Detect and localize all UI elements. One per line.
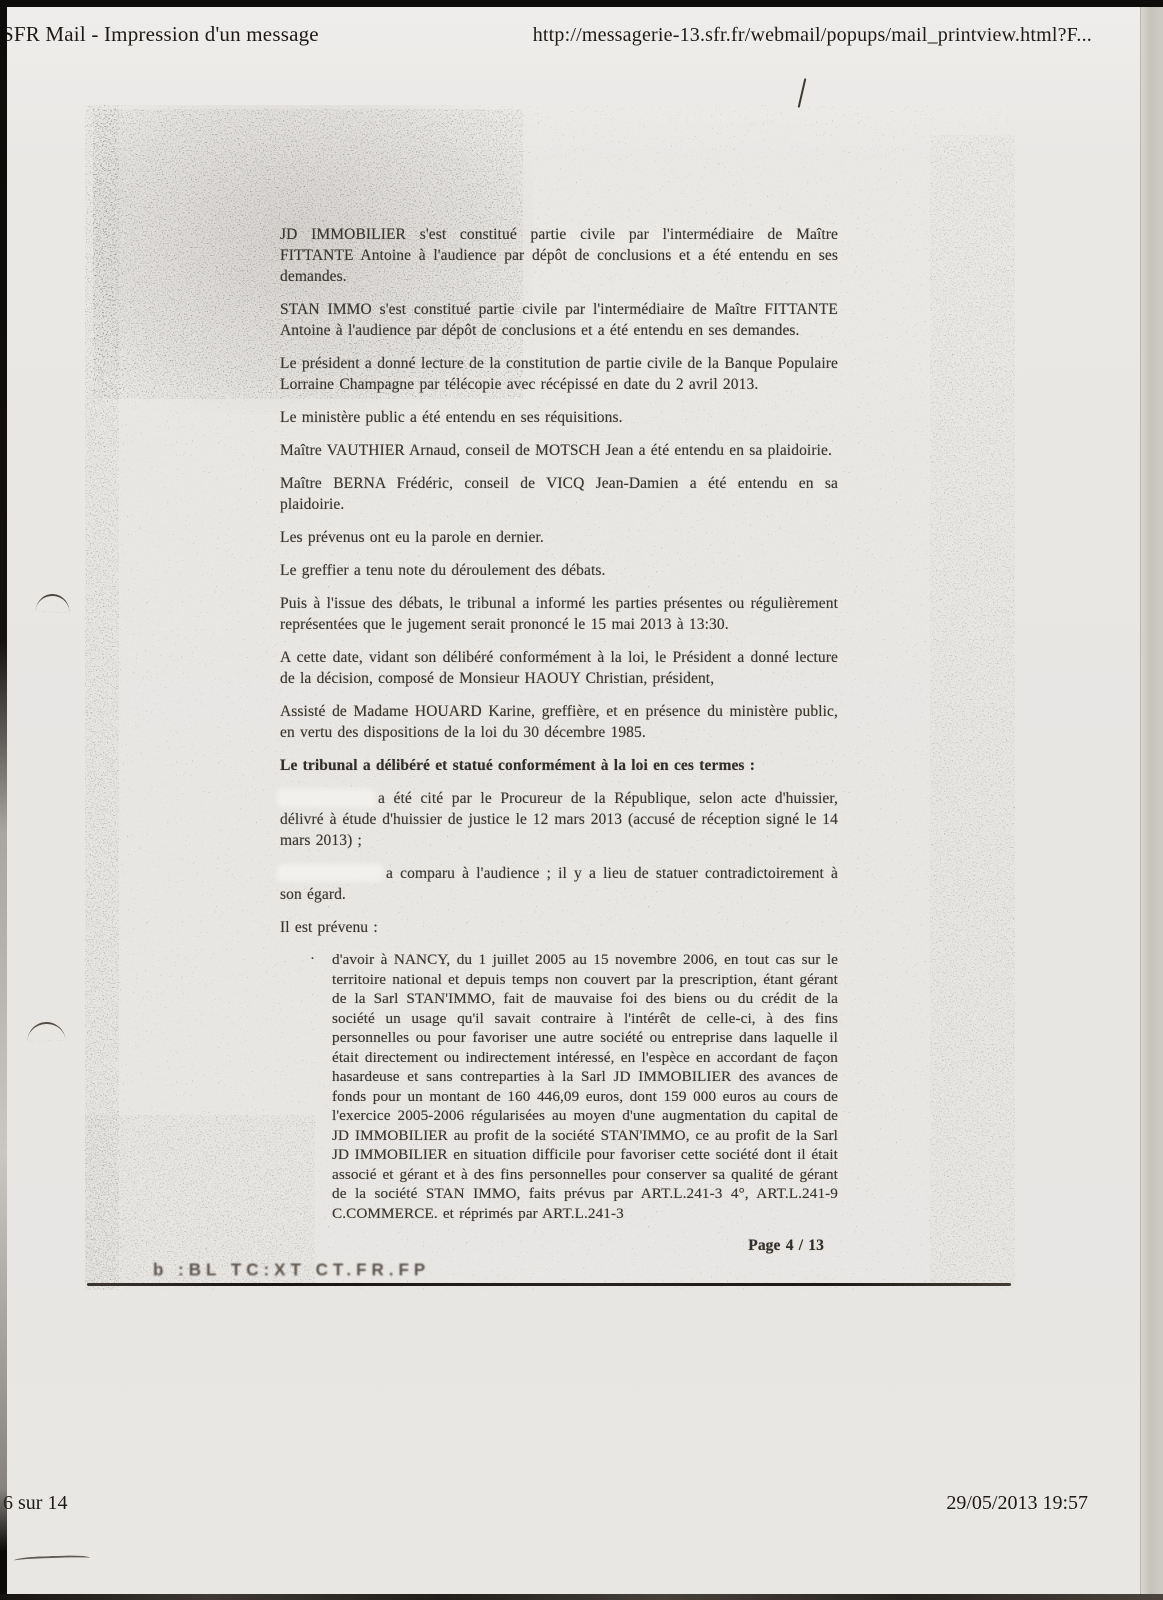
- appearance-paragraph: a comparu à l'audience ; il y a lieu de …: [280, 863, 838, 905]
- citation-paragraph: a été cité par le Procureur de la Républ…: [280, 788, 838, 851]
- charge-intro: Il est prévenu :: [280, 917, 838, 938]
- scan-left-edge: [0, 0, 7, 1600]
- document-paragraph: Assisté de Madame HOUARD Karine, greffiè…: [280, 701, 838, 743]
- document-paragraph: A cette date, vidant son délibéré confor…: [280, 647, 838, 689]
- document-paragraph: Les prévenus ont eu la parole en dernier…: [280, 527, 838, 548]
- document-paragraph: Le ministère public a été entendu en ses…: [280, 407, 838, 428]
- bullet-point: ·: [310, 950, 315, 970]
- clipped-scan-artifact-text: b :BL TC:XT CT.FR.FP: [153, 1260, 453, 1276]
- print-header-title: SFR Mail - Impression d'un message: [2, 22, 319, 47]
- document-paragraph: Maître BERNA Frédéric, conseil de VICQ J…: [280, 473, 838, 515]
- scan-top-edge: [0, 0, 1163, 7]
- redacted-name-box: [280, 867, 380, 879]
- document-paragraph: Maître VAUTHIER Arnaud, conseil de MOTSC…: [280, 440, 838, 461]
- deliberation-heading: Le tribunal a délibéré et statué conform…: [280, 755, 838, 776]
- charge-item: · d'avoir à NANCY, du 1 juillet 2005 au …: [280, 950, 838, 1223]
- document-paragraph: Le greffier a tenu note du déroulement d…: [280, 560, 838, 581]
- print-header-url: http://messagerie-13.sfr.fr/webmail/popu…: [533, 24, 1092, 47]
- document-paragraph: Le président a donné lecture de la const…: [280, 353, 838, 395]
- document-paragraph: STAN IMMO s'est constitué partie civile …: [280, 299, 838, 341]
- document-page-number: Page 4 / 13: [280, 1235, 838, 1256]
- charge-text: d'avoir à NANCY, du 1 juillet 2005 au 15…: [332, 950, 838, 1223]
- print-footer-datetime: 29/05/2013 19:57: [946, 1492, 1088, 1515]
- scanned-print-page: { "print_header": { "title": "SFR Mail -…: [0, 0, 1163, 1600]
- scan-page-bottom-edge: [87, 1283, 1011, 1286]
- print-footer-page-position: 6 sur 14: [3, 1492, 67, 1515]
- document-paragraph: JD IMMOBILIER s'est constitué partie civ…: [280, 224, 838, 287]
- scanned-document-area: JD IMMOBILIER s'est constitué partie civ…: [85, 105, 1015, 1290]
- scan-bottom-edge: [0, 1594, 1163, 1600]
- scan-right-margin: [1140, 7, 1163, 1594]
- document-text-column: JD IMMOBILIER s'est constitué partie civ…: [280, 224, 838, 1256]
- document-paragraph: Puis à l'issue des débats, le tribunal a…: [280, 593, 838, 635]
- redacted-name-box: [280, 792, 372, 804]
